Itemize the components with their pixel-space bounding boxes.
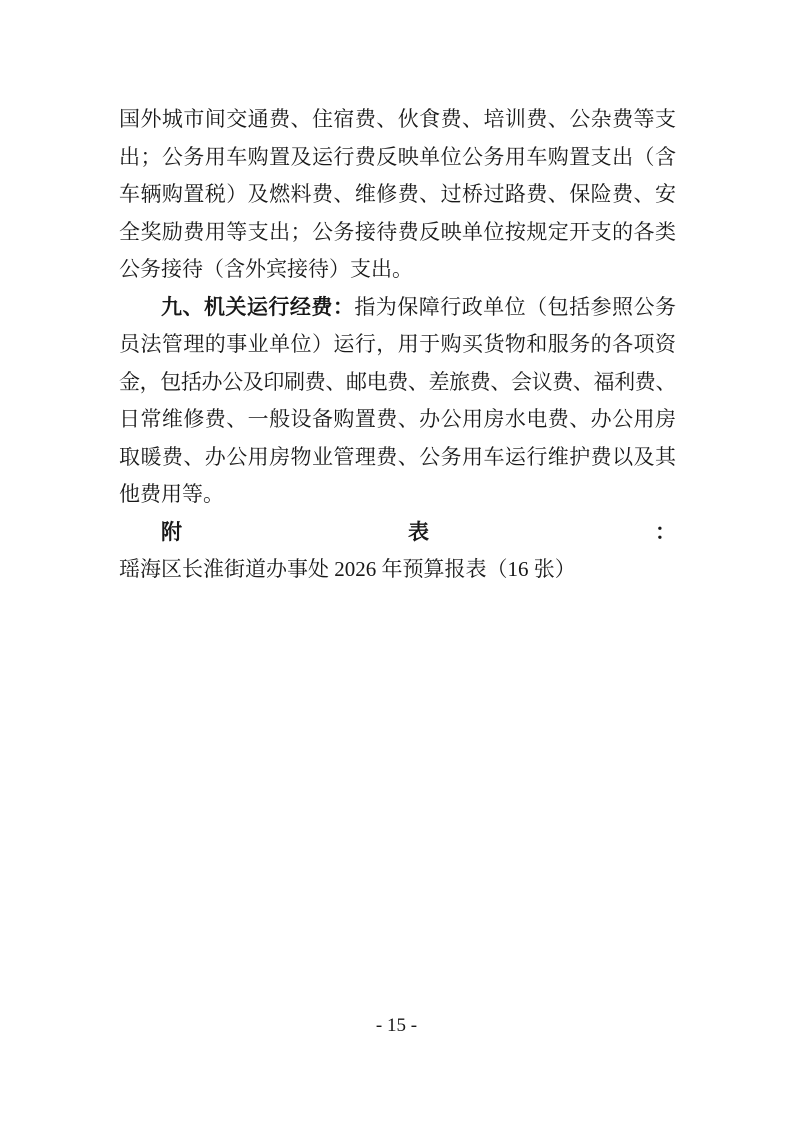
text-line: 车辆购置税）及燃料费、维修费、过桥过路费、保险费、安 [119, 176, 676, 214]
body-text: 国外城市间交通费、住宿费、伙食费、培训费、公杂费等支 出；公务用车购置及运行费反… [119, 101, 676, 551]
text-line: 取暖费、办公用房物业管理费、公务用车运行维护费以及其 [119, 439, 676, 477]
text-line: 金，包括办公及印刷费、邮电费、差旅费、会议费、福利费、 [119, 364, 676, 402]
page-number: - 15 - [0, 1014, 793, 1038]
text-run: 瑶海区长淮街道办事处 2026 年预算报表（16 张） [119, 557, 576, 581]
section-heading: 九、机关运行经费： [161, 295, 354, 319]
text-line: 公务接待（含外宾接待）支出。 [119, 251, 676, 289]
text-line: 全奖励费用等支出；公务接待费反映单位按规定开支的各类 [119, 214, 676, 252]
text-line: 出；公务用车购置及运行费反映单位公务用车购置支出（含 [119, 139, 676, 177]
attachment-label: 附表： [161, 520, 676, 544]
text-line: 附表：瑶海区长淮街道办事处 2026 年预算报表（16 张） [119, 514, 676, 552]
document-page: 国外城市间交通费、住宿费、伙食费、培训费、公杂费等支 出；公务用车购置及运行费反… [0, 0, 793, 1122]
text-line: 员法管理的事业单位）运行，用于购买货物和服务的各项资 [119, 326, 676, 364]
text-run: 指为保障行政单位（包括参照公务 [354, 295, 676, 319]
text-line: 他费用等。 [119, 476, 676, 514]
text-line: 日常维修费、一般设备购置费、办公用房水电费、办公用房 [119, 401, 676, 439]
text-line: 九、机关运行经费：指为保障行政单位（包括参照公务 [119, 289, 676, 327]
text-line: 国外城市间交通费、住宿费、伙食费、培训费、公杂费等支 [119, 101, 676, 139]
